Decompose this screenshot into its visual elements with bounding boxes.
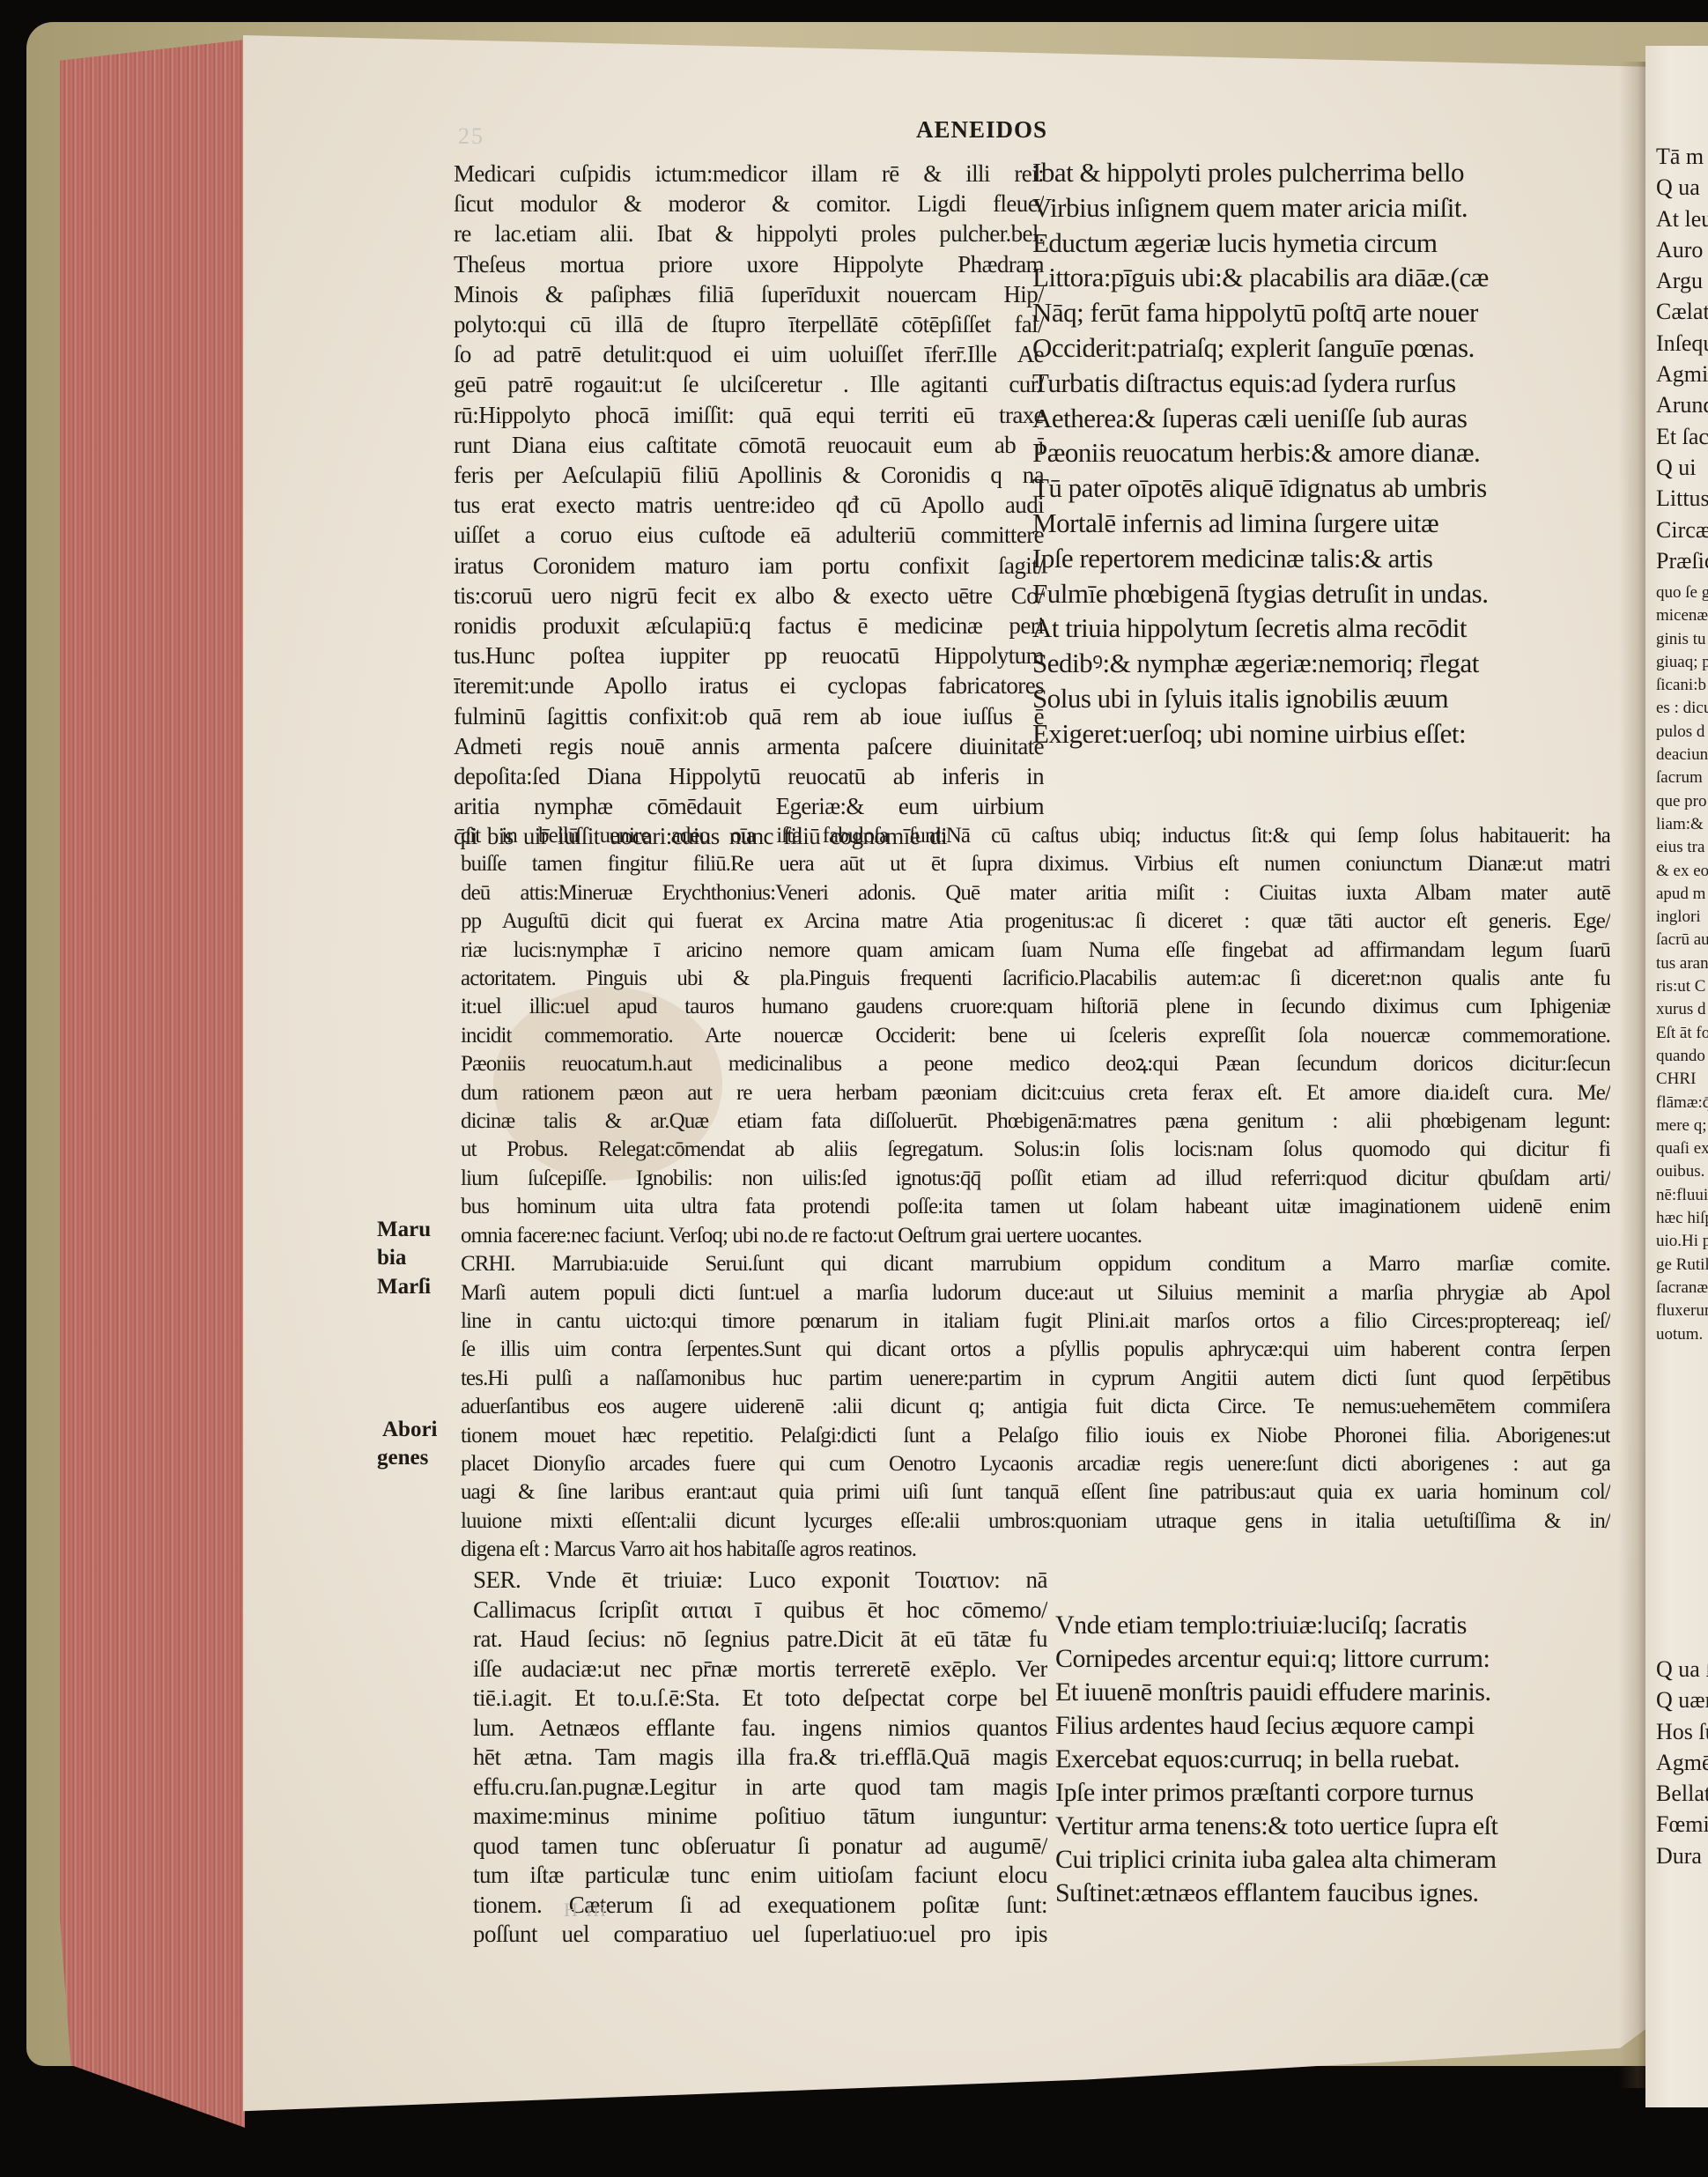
verse-line: Exigeret:uerſoq; ubi nomine uirbius eſſe… bbox=[1032, 716, 1614, 752]
text-line: tis:coruū uero nigrū fecit ex albo & exe… bbox=[454, 581, 1044, 611]
text-line: deū attis:Mineruæ Erychthonius:Veneri ad… bbox=[461, 879, 1610, 907]
text-line: uiſſet a coruo eius cuſtode eā adulteriū… bbox=[454, 520, 1044, 550]
text-line: effu.cru.ſan.pugnæ.Legitur in arte quod … bbox=[473, 1773, 1047, 1803]
verse-line: Et iuuenē monſtris pauidi effudere marin… bbox=[1055, 1676, 1619, 1709]
text-line: line in cantu uicto:qui timore pœnarum i… bbox=[461, 1307, 1610, 1336]
text-line: quo ſe g bbox=[1656, 581, 1708, 604]
text-line: uagi & ſine laribus erant:aut quia primi… bbox=[461, 1478, 1610, 1507]
text-line: inglori bbox=[1656, 906, 1708, 929]
verse-line: Q ui bbox=[1656, 452, 1708, 483]
text-line: Theſeus mortua priore uxore Hippolyte Ph… bbox=[454, 249, 1044, 279]
verse-line: Sedibꝰ:& nymphæ ægeriæ:nemoriq; r̄legat bbox=[1032, 646, 1614, 681]
verse-line: Cælat bbox=[1656, 296, 1708, 327]
text-line: es : dicu bbox=[1656, 697, 1708, 720]
gutter-shadow bbox=[1619, 62, 1645, 2088]
text-line: flāmæ:q̄ bbox=[1656, 1092, 1708, 1114]
text-line: bus hominum uita ultra fata protendi poſ… bbox=[461, 1193, 1610, 1221]
text-line: Callimacus ſcripſit αιτιαι ī quibus ēt h… bbox=[473, 1596, 1047, 1625]
text-line: pp Auguſtū dicit qui fuerat ex Arcina ma… bbox=[461, 907, 1610, 936]
text-line: iratus Coronidem maturo iam portu confix… bbox=[454, 551, 1044, 581]
text-line: placet Dionyſio arcades fuere qui cum Oe… bbox=[461, 1450, 1610, 1478]
verse-line: Suſtinet:ætnæos efflantem faucibus ignes… bbox=[1055, 1877, 1619, 1910]
text-line: CHRI bbox=[1656, 1068, 1708, 1091]
verse-line: Fœmin bbox=[1656, 1809, 1708, 1840]
text-line: ſicani:b bbox=[1656, 674, 1708, 697]
text-line: ſacrum bbox=[1656, 766, 1708, 789]
text-line: ris:ut C bbox=[1656, 975, 1708, 998]
red-fore-edge bbox=[60, 40, 245, 2128]
text-line: eius tra bbox=[1656, 836, 1708, 859]
verse-line: At triuia hippolytum ſecretis alma recōd… bbox=[1032, 611, 1614, 646]
verse-line: Vertitur arma tenens:& toto uertice ſupr… bbox=[1055, 1810, 1619, 1843]
text-line: mere q; d bbox=[1656, 1114, 1708, 1137]
text-line: xurus d bbox=[1656, 998, 1708, 1021]
text-line: SER. Vnde ēt triuiæ: Luco exponit Τοιατι… bbox=[473, 1566, 1047, 1596]
text-line: uio.Hi p bbox=[1656, 1230, 1708, 1253]
text-line: ouibus. bbox=[1656, 1160, 1708, 1183]
text-line: dum rationem pæon aut re uera herbam pæo… bbox=[461, 1079, 1610, 1107]
verse-line: Circæ bbox=[1656, 515, 1708, 545]
right-page-commentary: quo ſe g micenæ ginis tu giuaq; p ſicani… bbox=[1656, 581, 1708, 1346]
text-line: tus aran bbox=[1656, 952, 1708, 975]
right-page-verse-top: Tā m Q ua At leu Auro Argu Cælat Inſequ … bbox=[1656, 141, 1708, 576]
text-line: riæ lucis:nymphæ ī aricino nemore quam a… bbox=[461, 937, 1610, 965]
verse-line: Aetherea:& ſuperas cæli ueniſſe ſub aura… bbox=[1032, 401, 1614, 436]
text-line: iſſe audaciæ:ut nec pr̄næ mortis terrere… bbox=[473, 1655, 1047, 1685]
verse-line: Pæoniis reuocatum herbis:& amore dianæ. bbox=[1032, 435, 1614, 470]
text-line: nē:fluuio bbox=[1656, 1184, 1708, 1207]
text-line: rat. Haud ſecius: nō ſegnius patre.Dicit… bbox=[473, 1625, 1047, 1655]
text-line: ſacranæ a bbox=[1656, 1277, 1708, 1300]
text-line: Marſi autem populi dicti ſunt:uel a marſ… bbox=[461, 1279, 1610, 1307]
text-line: quando bbox=[1656, 1045, 1708, 1068]
text-line: polyto:qui cū illā de ſtupro īterpellātē… bbox=[454, 309, 1044, 339]
text-line: liam:& bbox=[1656, 813, 1708, 836]
verse-line: Q uærr bbox=[1656, 1685, 1708, 1715]
verse-line: Tā m bbox=[1656, 141, 1708, 172]
commentary-full-width: cit in bellū uenire adeo oīa iſta fabulo… bbox=[461, 822, 1610, 1565]
text-line: Minois & paſiphæs filiā ſuperīduxit noue… bbox=[454, 279, 1044, 309]
verse-line: Et ſacr bbox=[1656, 421, 1708, 452]
show-through-mark: 25 bbox=[458, 123, 484, 150]
verse-line: Ipſe repertorem medicinæ talis:& artis bbox=[1032, 541, 1614, 576]
verse-line: Mortalē infernis ad limina ſurgere uitæ bbox=[1032, 506, 1614, 541]
text-line: īteremit:unde Apollo iratus ei cyclopas … bbox=[454, 670, 1044, 700]
text-line: Medicari cuſpidis ictum:medicor illam rē… bbox=[454, 159, 1044, 189]
text-line: digena eſt : Marcus Varro ait hos habita… bbox=[461, 1536, 1610, 1564]
running-head: AENEIDOS bbox=[916, 116, 1047, 144]
text-line: tum iſtæ particulæ tunc enim uitioſam fa… bbox=[473, 1861, 1047, 1891]
text-line: tionem. Cæterum ſi ad exequationem poſit… bbox=[473, 1891, 1047, 1921]
verse-line: Arund bbox=[1656, 389, 1708, 420]
verse-line: Ipſe inter primos præſtanti corpore turn… bbox=[1055, 1776, 1619, 1810]
text-line: depoſita:ſed Diana Hippolytū reuocatū ab… bbox=[454, 761, 1044, 791]
verse-line: Q ua bbox=[1656, 172, 1708, 203]
verse-line: Turbatis diſtractus equis:ad ſydera rurſ… bbox=[1032, 366, 1614, 401]
verse-column-bottom: Vnde etiam templo:triuiæ:luciſq; ſacrati… bbox=[1055, 1609, 1619, 1910]
text-line: Eſt āt fo bbox=[1656, 1022, 1708, 1045]
verse-line: Littus bbox=[1656, 483, 1708, 514]
verse-line: Præſic bbox=[1656, 545, 1708, 576]
text-line: ſacrū au bbox=[1656, 929, 1708, 952]
text-line: pulos d bbox=[1656, 721, 1708, 744]
text-line: & ex eo bbox=[1656, 860, 1708, 883]
margin-note-marubia: Maru bbox=[377, 1216, 431, 1244]
text-line: ronidis produxit æſculapiū:q factus ē me… bbox=[454, 611, 1044, 641]
verse-line: Agmi bbox=[1656, 359, 1708, 389]
text-line: aritia nymphæ cōmēdauit Egeriæ:& eum uir… bbox=[454, 791, 1044, 821]
text-line: feris per Aeſculapiū filiū Apollinis & C… bbox=[454, 460, 1044, 490]
signature-mark: H iii bbox=[564, 1899, 608, 1922]
verse-line: Exercebat equos:curruq; in bella ruebat. bbox=[1055, 1743, 1619, 1776]
verse-line: Occiderit:patriaſq; explerit ſanguīe pœn… bbox=[1032, 330, 1614, 366]
verse-line: Ibat & hippolyti proles pulcherrima bell… bbox=[1032, 155, 1614, 190]
commentary-column-top: Medicari cuſpidis ictum:medicor illam rē… bbox=[454, 159, 1044, 852]
text-line: incidit commemoratio. Arte nouercæ Occid… bbox=[461, 1022, 1610, 1050]
text-line: que pro bbox=[1656, 790, 1708, 813]
text-line: tes.Hi pulſi a naſſamonibus huc partim u… bbox=[461, 1365, 1610, 1393]
text-line: cit in bellū uenire adeo oīa iſta fabulo… bbox=[461, 822, 1610, 850]
text-line: quaſi ext bbox=[1656, 1137, 1708, 1160]
text-line: omnia facere:nec faciunt. Verſoq; ubi no… bbox=[461, 1222, 1610, 1250]
text-line: hēt ætna. Tam magis illa fra.& tri.efflā… bbox=[473, 1743, 1047, 1773]
text-line: geū patrē rogauit:ut ſe ulciſceretur . I… bbox=[454, 369, 1044, 399]
text-line: tionem mouet hæc repetitio. Pelaſgi:dict… bbox=[461, 1422, 1610, 1450]
verse-line: Solus ubi in ſyluis italis ignobilis æuu… bbox=[1032, 681, 1614, 716]
commentary-column-bottom: SER. Vnde ēt triuiæ: Luco exponit Τοιατι… bbox=[473, 1566, 1047, 1950]
margin-note-aborigenes: Abori bbox=[382, 1416, 438, 1444]
verse-line: Tū pater oīpotēs aliquē īdignatus ab umb… bbox=[1032, 470, 1614, 506]
text-line: re lac.etiam alii. Ibat & hippolyti prol… bbox=[454, 218, 1044, 248]
verse-line: Littora:pīguis ubi:& placabilis ara diāæ… bbox=[1032, 260, 1614, 295]
text-line: Admeti regis nouē annis armenta paſcere … bbox=[454, 731, 1044, 761]
verse-line: Fulmīe phœbigenā ſtygias detruſit in und… bbox=[1032, 576, 1614, 611]
text-line: ſe illis uim contra ſerpentes.Sunt qui d… bbox=[461, 1336, 1610, 1364]
text-line: actoritatem. Pinguis ubi & pla.Pinguis f… bbox=[461, 965, 1610, 993]
margin-note-marsi: Marſi bbox=[377, 1273, 431, 1301]
verse-line: Vnde etiam templo:triuiæ:luciſq; ſacrati… bbox=[1055, 1609, 1619, 1642]
text-line: quod tamen tunc obſeruatur ſi ponatur ad… bbox=[473, 1832, 1047, 1862]
margin-note-aborigenes-cont: genes bbox=[377, 1444, 428, 1472]
verse-line: Inſequ bbox=[1656, 328, 1708, 359]
text-line: Pæoniis reuocatum.h.aut medicinalibus a … bbox=[461, 1050, 1610, 1078]
text-line: tus.Hunc poſtea iuppiter pp reuocatū Hip… bbox=[454, 641, 1044, 670]
text-line: fluxerun bbox=[1656, 1300, 1708, 1322]
text-line: micenæ bbox=[1656, 604, 1708, 627]
text-line: giuaq; p bbox=[1656, 651, 1708, 674]
text-line: tiē.i.agit. Et to.u.ſ.ē:Sta. Et toto deſ… bbox=[473, 1684, 1047, 1714]
verse-line: Auro bbox=[1656, 234, 1708, 265]
text-line: buiſſe tamen fingitur filiū.Re uera aūt … bbox=[461, 850, 1610, 878]
text-line: deaciun bbox=[1656, 744, 1708, 766]
text-line: ut Probus. Relegat:cōmendat ab aliis ſeg… bbox=[461, 1136, 1610, 1164]
text-line: CRHI. Marrubia:uide Serui.ſunt qui dican… bbox=[461, 1250, 1610, 1278]
text-line: runt Diana eius caſtitate cōmotā reuocau… bbox=[454, 430, 1044, 460]
margin-note-marubia-cont: bia bbox=[377, 1244, 406, 1272]
text-line: ginis tu bbox=[1656, 628, 1708, 651]
text-line: apud m bbox=[1656, 883, 1708, 906]
verse-line: Cornipedes arcentur equi:q; littore curr… bbox=[1055, 1642, 1619, 1676]
text-line: ſicut modulor & moderor & comitor. Ligdi… bbox=[454, 189, 1044, 218]
text-line: luuione mixti eſſent:alii dicunt lycurge… bbox=[461, 1507, 1610, 1536]
verse-column-top: Ibat & hippolyti proles pulcherrima bell… bbox=[1032, 155, 1614, 752]
text-line: hæc hiſp bbox=[1656, 1207, 1708, 1230]
verse-line: Nāq; ferūt fama hippolytū poſtq̄ arte no… bbox=[1032, 295, 1614, 330]
text-line: ſo ad patrē detulit:quod ei uim uoluiſſe… bbox=[454, 339, 1044, 369]
verse-line: Hos ſup bbox=[1656, 1716, 1708, 1747]
verse-line: Bellatri bbox=[1656, 1778, 1708, 1809]
text-line: dicinæ talis & ar.Quæ etiam fata diſſolu… bbox=[461, 1107, 1610, 1136]
text-line: lium ſuſcepiſſe. Ignobilis: non uilis:ſe… bbox=[461, 1165, 1610, 1193]
verse-line: Cui triplici crinita iuba galea alta chi… bbox=[1055, 1843, 1619, 1877]
verse-line: Argu bbox=[1656, 265, 1708, 296]
verse-line: Q ua ſ bbox=[1656, 1654, 1708, 1685]
text-line: it:uel illic:uel apud tauros humano gaud… bbox=[461, 993, 1610, 1021]
right-page-verse-bottom: Q ua ſ Q uærr Hos ſup Agmē a Bellatri Fœ… bbox=[1656, 1654, 1708, 1871]
text-line: fulminū ſagittis confixit:ob quā rem ab … bbox=[454, 701, 1044, 731]
verse-line: At leu bbox=[1656, 204, 1708, 234]
text-line: tus erat execto matris uentre:ideo qđ cū… bbox=[454, 490, 1044, 520]
text-line: maxime:minus minime poſitiuo tātum iungu… bbox=[473, 1802, 1047, 1832]
verse-line: Dura p bbox=[1656, 1840, 1708, 1871]
text-line: uotum. bbox=[1656, 1323, 1708, 1346]
verse-line: Virbius inſignem quem mater aricia miſit… bbox=[1032, 190, 1614, 226]
verse-line: Filius ardentes haud ſecius æquore campi bbox=[1055, 1709, 1619, 1743]
text-line: rū:Hippolyto phocā imiſſit: quā equi ter… bbox=[454, 400, 1044, 430]
text-line: poſſunt uel comparatiuo uel ſuperlatiuo:… bbox=[473, 1920, 1047, 1950]
text-line: lum. Aetnæos efflante fau. ingens nimios… bbox=[473, 1714, 1047, 1744]
verse-line: Eductum ægeriæ lucis hymetia circum bbox=[1032, 226, 1614, 261]
text-line: ge Rutil bbox=[1656, 1254, 1708, 1277]
text-line: aduerſantibus eos augere uiderenē :alii … bbox=[461, 1393, 1610, 1421]
verse-line: Agmē a bbox=[1656, 1747, 1708, 1778]
